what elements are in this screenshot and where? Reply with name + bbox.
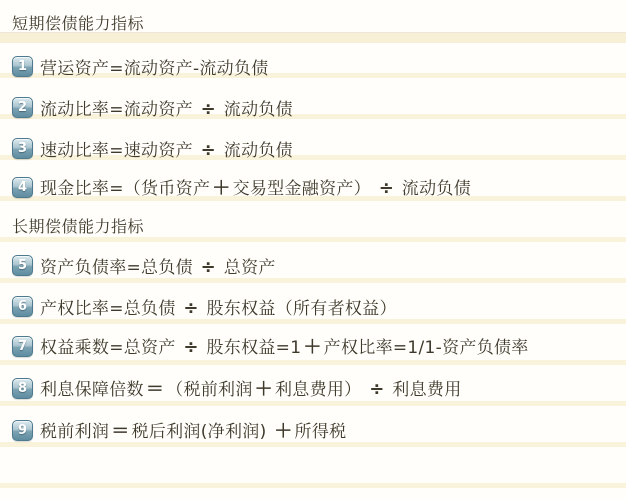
list-item: 5 资产负债率=总负债 ÷ 总资产 [12,253,276,278]
list-item: 8 利息保障倍数＝（税前利润＋利息费用） ÷ 利息费用 [12,375,462,401]
section-heading-label: 长期偿债能力指标 [12,214,144,237]
keycap-2-badge: 2 [12,97,33,118]
formula-text: 流动比率=流动资产 ÷ 流动负债 [40,95,293,120]
list-item: 3 速动比率=速动资产 ÷ 流动负债 [12,136,293,161]
keycap-9-badge: 9 [12,420,33,441]
list-item: 9 税前利润＝税后利润(净利润) ＋所得税 [12,417,346,443]
formula-text: 营运资产=流动资产-流动负债 [40,54,269,79]
section-heading-long-term: 长期偿债能力指标 [12,214,144,237]
list-item: 1 营运资产=流动资产-流动负债 [12,54,269,79]
list-item: 6 产权比率=总负债 ÷ 股东权益（所有者权益） [12,294,397,319]
formula-text: 速动比率=速动资产 ÷ 流动负债 [40,136,293,161]
formula-text: 权益乘数=总资产 ÷ 股东权益=1＋产权比率=1/1-资产负债率 [40,333,529,359]
keycap-7-badge: 7 [12,336,33,357]
section-heading-short-term: 短期偿债能力指标 [12,11,144,34]
formula-text: 利息保障倍数＝（税前利润＋利息费用） ÷ 利息费用 [40,375,462,401]
keycap-5-badge: 5 [12,255,33,276]
keycap-4-badge: 4 [12,177,33,198]
formula-text: 税前利润＝税后利润(净利润) ＋所得税 [40,417,346,443]
keycap-3-badge: 3 [12,138,33,159]
formula-text: 现金比率=（货币资产＋交易型金融资产） ÷ 流动负债 [40,174,471,200]
keycap-8-badge: 8 [12,378,33,399]
list-item: 4 现金比率=（货币资产＋交易型金融资产） ÷ 流动负债 [12,174,471,200]
list-item: 2 流动比率=流动资产 ÷ 流动负债 [12,95,293,120]
section-heading-label: 短期偿债能力指标 [12,11,144,34]
formula-sheet: 短期偿债能力指标 1 营运资产=流动资产-流动负债 2 流动比率=流动资产 ÷ … [0,0,626,500]
keycap-1-badge: 1 [12,56,33,77]
formula-text: 资产负债率=总负债 ÷ 总资产 [40,253,276,278]
keycap-6-badge: 6 [12,296,33,317]
list-item: 7 权益乘数=总资产 ÷ 股东权益=1＋产权比率=1/1-资产负债率 [12,333,529,359]
formula-text: 产权比率=总负债 ÷ 股东权益（所有者权益） [40,294,397,319]
